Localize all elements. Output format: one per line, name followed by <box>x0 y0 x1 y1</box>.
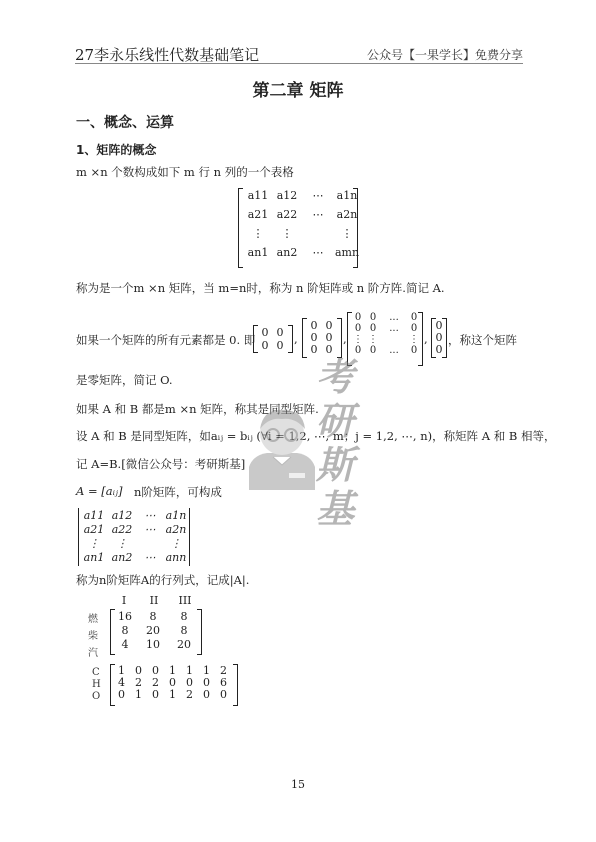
cell: 0 <box>407 324 421 334</box>
column-label: III <box>170 594 200 607</box>
cell: a11 <box>81 510 107 521</box>
cell: ⋮ <box>272 228 302 239</box>
matrix-cells: a11 a12 ⋯ a1n a21 a22 ⋯ a2n ⋮ ⋮ ⋮ an1 an… <box>244 190 360 258</box>
cell: ⋮ <box>107 538 137 549</box>
header-divider <box>75 63 523 64</box>
section-title: 一、概念、运算 <box>76 112 174 132</box>
cell: an1 <box>81 552 107 563</box>
left-bar <box>78 508 79 566</box>
row-label: 柴 <box>88 627 98 642</box>
matrix-cells: 0 0 0 0 <box>258 327 288 351</box>
header-source: 公众号【一果学长】免费分享 <box>367 46 523 63</box>
cell: 0 <box>130 665 147 676</box>
cell: ⋮ <box>244 228 272 239</box>
comma: , <box>294 332 298 346</box>
cell: a21 <box>244 209 272 220</box>
fuel-matrix-row-labels: 燃 柴 汽 <box>88 610 98 659</box>
cell: 1 <box>113 665 130 676</box>
row-label: 汽 <box>88 644 98 659</box>
cell: a1n <box>334 190 360 201</box>
cell: ... <box>381 324 407 334</box>
cell: 0 <box>215 689 232 700</box>
cell: 0 <box>435 332 443 343</box>
right-bracket <box>233 664 238 706</box>
formula-a-equals-aij: A = [aᵢⱼ] <box>76 484 122 498</box>
cell: 20 <box>136 625 170 636</box>
cell: ⋯ <box>302 247 334 258</box>
right-bar <box>189 508 190 566</box>
cell: ... <box>381 346 407 356</box>
cell: 0 <box>258 327 272 338</box>
watermark-char: 研 <box>316 399 360 443</box>
cell: 6 <box>215 677 232 688</box>
cell: 0 <box>351 313 365 323</box>
cell: 2 <box>147 677 164 688</box>
cell: ⋮ <box>407 335 421 345</box>
cell: a21 <box>81 524 107 535</box>
cell: 0 <box>164 677 181 688</box>
cell: 4 <box>114 639 136 650</box>
cell: 0 <box>307 320 321 331</box>
watermark-char: 基 <box>316 487 360 531</box>
row-label: O <box>92 691 101 702</box>
paragraph-matrix-definition: 称为是一个m ×n 矩阵，当 m=n时，称为 n 阶矩阵或 n 阶方阵.简记 A… <box>76 280 445 296</box>
cell: 0 <box>258 340 272 351</box>
cell: 0 <box>147 665 164 676</box>
subsection-title: 1、矩阵的概念 <box>76 141 156 158</box>
matrix-cells: 0 0 0 0 0 0 <box>307 320 337 355</box>
comma: , <box>424 332 428 346</box>
cell: 0 <box>365 324 381 334</box>
cell: ⋯ <box>302 209 334 220</box>
cell: 0 <box>407 313 421 323</box>
cell: an2 <box>272 247 302 258</box>
matrix-cells: 16 8 8 8 20 8 4 10 20 <box>114 611 198 650</box>
cell: 20 <box>170 639 198 650</box>
cell: 0 <box>365 313 381 323</box>
cell: 1 <box>181 665 198 676</box>
cell: 0 <box>435 344 443 355</box>
cell: 8 <box>170 611 198 622</box>
paragraph-determinant: 称为n阶矩阵A的行列式，记成|A|. <box>76 572 249 588</box>
cell: a12 <box>272 190 302 201</box>
cell: 0 <box>307 332 321 343</box>
cell: 0 <box>321 320 337 331</box>
matrix-cells: a11 a12 ⋯ a1n a21 a22 ⋯ a2n ⋮ ⋮ ⋮ an1 an… <box>81 510 189 563</box>
zero-matrix-2x2: 0 0 0 0 <box>253 325 293 353</box>
cell: a11 <box>244 190 272 201</box>
cell: 0 <box>272 327 288 338</box>
cell: 0 <box>181 677 198 688</box>
cell: ⋯ <box>137 510 163 521</box>
cell: 0 <box>321 344 337 355</box>
fuel-matrix: 16 8 8 8 20 8 4 10 20 <box>110 609 202 655</box>
cell: 0 <box>147 689 164 700</box>
cell: 10 <box>136 639 170 650</box>
cell: 0 <box>407 346 421 356</box>
watermark-char: 斯 <box>316 443 360 487</box>
cell: 4 <box>113 677 130 688</box>
cell: a12 <box>107 510 137 521</box>
cell: a2n <box>163 524 189 535</box>
cell: 0 <box>435 320 443 331</box>
chapter-title: 第二章 矩阵 <box>0 76 596 101</box>
page-number: 15 <box>0 778 596 791</box>
fuel-matrix-column-labels: I II III <box>110 594 200 607</box>
cell: 2 <box>215 665 232 676</box>
paragraph-zero-suffix: ，称这个矩阵 <box>448 332 517 348</box>
cell <box>381 335 407 345</box>
cell: a22 <box>272 209 302 220</box>
cell: 2 <box>130 677 147 688</box>
cell: 1 <box>164 689 181 700</box>
zero-matrix-3x2: 0 0 0 0 0 0 <box>302 318 342 358</box>
cell: 0 <box>198 689 215 700</box>
matrix-cells: 0 0 0 <box>435 320 443 355</box>
matrix-cells: 0 0 ... 0 0 0 ... 0 ⋮ ⋮ ⋮ 0 0 ... 0 <box>351 313 421 356</box>
cell: 0 <box>321 332 337 343</box>
paragraph-equality-note: 记 A=B.[微信公众号：考研斯基] <box>76 456 245 472</box>
watermark-text: 考 研 斯 基 <box>316 355 360 531</box>
cho-matrix: 1 0 0 1 1 1 2 4 2 2 0 0 0 6 0 1 0 1 2 0 … <box>110 664 238 706</box>
cell: 0 <box>198 677 215 688</box>
cell: 1 <box>198 665 215 676</box>
cho-matrix-row-labels: C H O <box>92 667 101 702</box>
cell: ⋮ <box>351 335 365 345</box>
row-label: C <box>92 667 101 678</box>
zero-column-vector: 0 0 0 <box>431 318 447 358</box>
cell: ⋯ <box>137 524 163 535</box>
header-title: 27李永乐线性代数基础笔记 <box>75 44 259 65</box>
paragraph-zero-matrix: 是零矩阵，简记 O. <box>76 372 173 388</box>
right-bracket <box>288 325 293 353</box>
cell: 0 <box>113 689 130 700</box>
cell: a1n <box>163 510 189 521</box>
cell: 0 <box>307 344 321 355</box>
right-bracket <box>337 318 342 358</box>
cell: ⋮ <box>334 228 360 239</box>
cell: 1 <box>130 689 147 700</box>
cell: a22 <box>107 524 137 535</box>
cell: ⋮ <box>81 538 107 549</box>
cell: a2n <box>334 209 360 220</box>
row-label: H <box>92 679 101 690</box>
cell: ⋮ <box>163 538 189 549</box>
determinant-matrix: a11 a12 ⋯ a1n a21 a22 ⋯ a2n ⋮ ⋮ ⋮ an1 an… <box>78 508 190 568</box>
cell: 1 <box>164 665 181 676</box>
cell: ⋯ <box>302 190 334 201</box>
cell: ann <box>163 552 189 563</box>
paragraph-zero-prefix: 如果一个矩阵的所有元素都是 0. 即 <box>76 332 255 348</box>
cell: 8 <box>170 625 198 636</box>
cell: amn <box>334 247 360 258</box>
cell: 16 <box>114 611 136 622</box>
cell: 0 <box>351 324 365 334</box>
column-label: II <box>138 594 170 607</box>
cell <box>137 538 163 549</box>
cell: 8 <box>136 611 170 622</box>
cell: ⋯ <box>137 552 163 563</box>
cell: 8 <box>114 625 136 636</box>
paragraph-matrix-intro: m ×n 个数构成如下 m 行 n 列的一个表格 <box>76 164 294 180</box>
cell: 0 <box>365 346 381 356</box>
cell: an2 <box>107 552 137 563</box>
cell: an1 <box>244 247 272 258</box>
cell <box>302 228 334 239</box>
cell: ⋮ <box>365 335 381 345</box>
left-bracket <box>238 188 243 268</box>
cell: ... <box>381 313 407 323</box>
watermark-char: 考 <box>316 355 360 399</box>
cell: 0 <box>272 340 288 351</box>
row-label: 燃 <box>88 610 98 625</box>
paragraph-nth-order: n阶矩阵，可构成 <box>134 484 222 500</box>
general-matrix: a11 a12 ⋯ a1n a21 a22 ⋯ a2n ⋮ ⋮ ⋮ an1 an… <box>238 188 358 268</box>
column-label: I <box>110 594 138 607</box>
cell: 2 <box>181 689 198 700</box>
matrix-cells: 1 0 0 1 1 1 2 4 2 2 0 0 0 6 0 1 0 1 2 0 … <box>113 665 232 700</box>
mascot-watermark-icon <box>243 405 321 490</box>
